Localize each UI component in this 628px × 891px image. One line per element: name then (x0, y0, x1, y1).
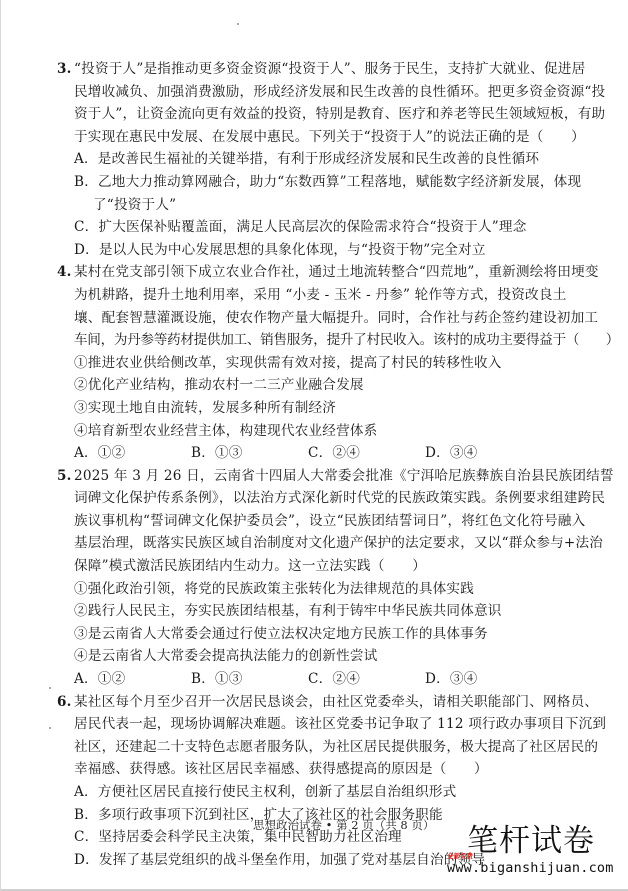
question-stem-line: 族议事机构“誓词碑文化保护委员会”，设立“民族团结誓词日”，将红色文化符号融入 (57, 510, 579, 533)
statement-4: ④是云南省人大常委会提高执法能力的创新性尝试 (57, 645, 579, 668)
choice-b: B．①③ (191, 442, 308, 465)
watermark-free-tag: 全部免费 (447, 851, 473, 860)
statement-3: ③是云南省人大常委会通过行使立法权决定地方民族工作的具体事务 (57, 623, 579, 646)
question-4: 4.某村在党支部引领下成立农业合作社，通过土地流转整合“四荒地”，重新测绘将田埂… (57, 261, 579, 464)
question-stem-line: 词碑文化保护传系条例》，以法治方式深化新时代党的民族政策实践。条例要求组建跨民 (57, 487, 579, 510)
question-stem-line: 居民代表一起，现场协调解决难题。该社区党委书记争取了 112 项行政办事项目下沉… (57, 713, 579, 736)
option-a: A．是改善民生福祉的关键举措，有利于形成经济发展和民生改善的良性循环 (57, 148, 579, 171)
question-stem-line: 车间，为丹参等药材提供加工、销售服务，提升了村民收入。该村的成功主要得益于（ ） (57, 329, 579, 352)
option-b: B．乙地大力推动算网融合，助力“东数西算”工程落地，赋能数字经济新发展，体现 (57, 171, 579, 194)
statement-2: ②践行人民民主，夯实民族团结根基，有利于铸牢中华民族共同体意识 (57, 600, 579, 623)
question-number: 4. (57, 261, 74, 284)
choice-b: B．①③ (191, 668, 308, 691)
statement-3: ③实现土地自由流转，发展多种所有制经济 (57, 397, 579, 420)
answer-choices: A．①② B．①③ C．②④ D．③④ (57, 668, 579, 691)
question-stem-line: 2025 年 3 月 26 日，云南省十四届人大常委会批准《宁洱哈尼族彝族自治县… (74, 468, 614, 484)
question-number: 6. (57, 691, 74, 714)
answer-choices: A．①② B．①③ C．②④ D．③④ (57, 442, 579, 465)
page-footer: 思想政治试卷 • 第 2 页（共 8 页） (253, 817, 434, 833)
choice-d: D．③④ (425, 668, 542, 691)
question-stem-line: 幸福感、获得感。该社区居民幸福感、获得感提高的原因是（ ） (57, 758, 579, 781)
question-number: 3. (57, 58, 74, 81)
question-5: 5.2025 年 3 月 26 日，云南省十四届人大常委会批准《宁洱哈尼族彝族自… (57, 465, 579, 691)
scan-speck (49, 687, 51, 689)
question-stem-line: 某村在党支部引领下成立农业合作社，通过土地流转整合“四荒地”，重新测绘将田埂变 (74, 264, 599, 280)
question-stem-line: 于实现在惠民中发展、在发展中惠民。下列关于“投资于人”的说法正确的是（ ） (57, 126, 579, 149)
exam-page: 3.“投资于人”是指推动更多资金资源“投资于人”、服务于民生，支持扩大就业、促进… (0, 0, 628, 891)
question-stem-line: 基层治理，既落实民族区域自治制度对文化遗产保护的法定要求，又以“群众参与+法治 (57, 532, 579, 555)
choice-d: D．③④ (425, 442, 542, 465)
statement-1: ①强化政治引领，将党的民族政策主张转化为法律规范的具体实践 (57, 578, 579, 601)
choice-a: A．①② (74, 668, 191, 691)
question-stem-line: 资于人”，让资金流向更有效益的投资，特别是教育、医疗和养老等民生领域短板，有助 (57, 103, 579, 126)
option-a: A．方便社区居民直接行使民主权利，创新了基层自治组织形式 (57, 781, 579, 804)
statement-1: ①推进农业供给侧改革，实现供需有效对接，提高了村民的转移性收入 (57, 352, 579, 375)
question-list: 3.“投资于人”是指推动更多资金资源“投资于人”、服务于民生，支持扩大就业、促进… (57, 58, 579, 871)
statement-4: ④培育新型农业经营主体，构建现代农业经营体系 (57, 420, 579, 443)
question-stem-line: “投资于人”是指推动更多资金资源“投资于人”、服务于民生，支持扩大就业、促进居 (74, 61, 585, 77)
watermark-url[interactable]: www.biganshijuan.com (447, 860, 614, 876)
question-stem-line: 为机耕路，提升土地利用率，采用 “小麦 - 玉米 - 丹参” 轮作等方式，投资改… (57, 284, 579, 307)
scan-speck (237, 23, 239, 25)
question-stem-line: 民增收减负、加强消费激励，形成经济发展和民生改善的良性循环。把更多资金资源“投 (57, 81, 579, 104)
option-b-continued: 了“投资于人” (57, 194, 579, 217)
question-stem-line: 某社区每个月至少召开一次居民恳谈会，由社区党委牵头，请相关职能部门、网格员、 (74, 694, 598, 710)
question-stem-line: 社区，还建起二十支特色志愿者服务队，为社区居民提供服务，极大提高了社区居民的 (57, 736, 579, 759)
question-stem-line: 壤、配套智慧灌溉设施，使农作物产量大幅提升。同时，合作社与药企签约建设初加工 (57, 307, 579, 330)
statement-2: ②优化产业结构，推动农村一二三产业融合发展 (57, 374, 579, 397)
option-c: C．扩大医保补贴覆盖面，满足人民高层次的保险需求符合“投资于人”理念 (57, 216, 579, 239)
question-3: 3.“投资于人”是指推动更多资金资源“投资于人”、服务于民生，支持扩大就业、促进… (57, 58, 579, 261)
watermark-title: 笔杆试卷 (467, 824, 595, 858)
question-stem-line: 保障”模式激活民族团结内生动力。这一立法实践（ ） (57, 555, 579, 578)
scan-speck (49, 727, 51, 729)
choice-c: C．②④ (308, 668, 425, 691)
option-d: D．是以人民为中心发展思想的具象化体现，与“投资于物”完全对立 (57, 239, 579, 262)
choice-a: A．①② (74, 442, 191, 465)
question-number: 5. (57, 465, 74, 488)
choice-c: C．②④ (308, 442, 425, 465)
